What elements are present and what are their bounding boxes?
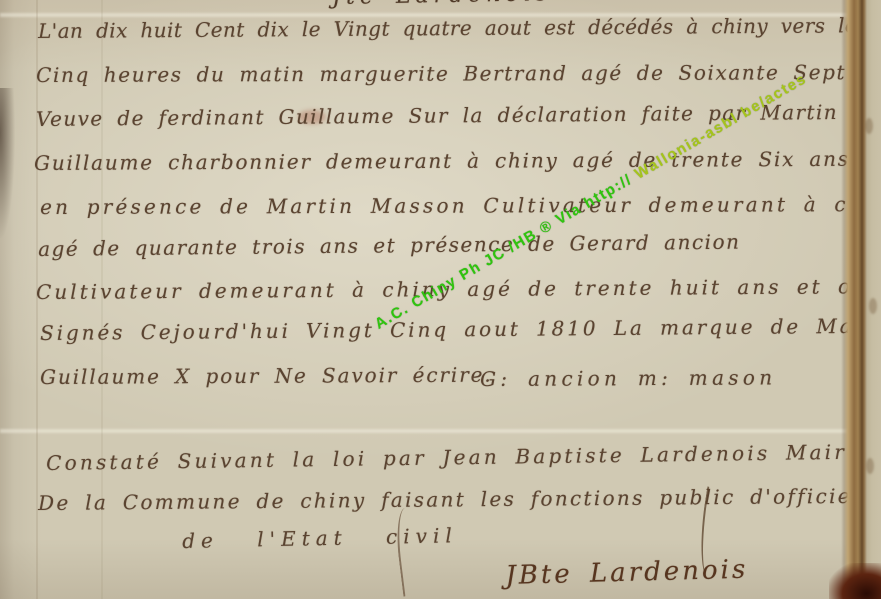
closing-line-1: Constaté Suivant la loi par Jean Baptist… <box>46 441 862 474</box>
ink-smudge <box>0 88 15 238</box>
manuscript-line-4: Guillaume charbonnier demeurant à chiny … <box>34 148 850 174</box>
manuscript-line-1: L'an dix huit Cent dix le Vingt quatre a… <box>38 14 868 42</box>
corner-stain <box>829 563 881 599</box>
paper-rule-line <box>0 429 881 433</box>
document-scan: Jte Lardenois L'an dix huit Cent dix le … <box>0 0 881 599</box>
previous-entry-fragment: Jte Lardenois <box>332 0 552 10</box>
bleedthrough-mark <box>866 458 874 474</box>
mayor-signature: JBte Lardenois <box>505 556 749 591</box>
bleedthrough-mark <box>869 298 877 314</box>
manuscript-line-2: Cinq heures du matin marguerite Bertrand… <box>36 61 881 86</box>
manuscript-line-5: en présence de Martin Masson Cultivateur… <box>40 193 881 218</box>
manuscript-line-8: Signés Cejourd'hui Vingt Cinq aout 1810 … <box>40 314 881 344</box>
bleedthrough-mark <box>865 118 873 134</box>
signature-swash <box>393 507 420 596</box>
witness-signatures: G: ancion m: mason <box>480 366 776 390</box>
manuscript-line-6: agé de quarante trois ans et présence de… <box>38 231 741 260</box>
closing-line-3: de l'Etat civil <box>182 524 458 552</box>
manuscript-line-9: Guillaume X pour Ne Savoir écrire. <box>40 364 493 388</box>
closing-line-2: De la Commune de chiny faisant les fonct… <box>38 485 864 514</box>
